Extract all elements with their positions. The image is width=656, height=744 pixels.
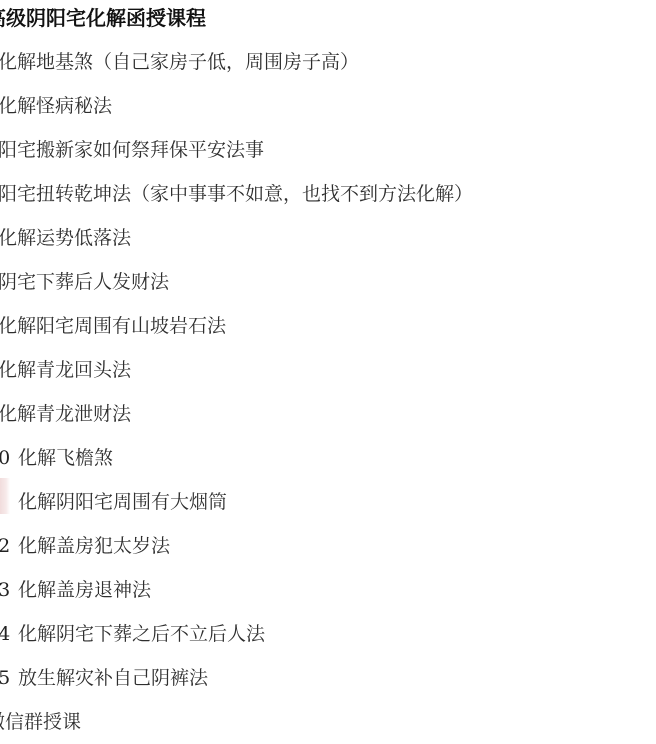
list-item: 12 化解盖房犯太岁法	[0, 532, 170, 560]
item-number: 10	[0, 444, 12, 472]
item-text: 微信群授课	[0, 711, 81, 733]
item-text: 化解阴阳宅周围有大烟筒	[18, 491, 227, 513]
item-text: 阳宅搬新家如何祭拜保平安法事	[0, 139, 264, 161]
list-item: 13 化解盖房退神法	[0, 576, 151, 604]
item-number: 13	[0, 576, 12, 604]
item-text: 放生解灾补自己阴裤法	[18, 667, 208, 689]
item-text: 化解青龙泄财法	[0, 403, 131, 425]
item-number: 15	[0, 664, 12, 692]
list-item: 阳宅扭转乾坤法（家中事事不如意，也找不到方法化解）	[0, 180, 473, 208]
item-text: 化解盖房犯太岁法	[18, 535, 170, 557]
item-text: 化解阳宅周围有山坡岩石法	[0, 315, 226, 337]
list-item: 化解运势低落法	[0, 224, 131, 252]
list-item: 化解怪病秘法	[0, 92, 112, 120]
list-item: 阴宅下葬后人发财法	[0, 268, 169, 296]
item-text: 化解地基煞（自己家房子低，周围房子高）	[0, 51, 359, 73]
list-item: 14 化解阴宅下葬之后不立后人法	[0, 620, 265, 648]
list-item: 化解青龙泄财法	[0, 400, 131, 428]
item-text: 化解盖房退神法	[18, 579, 151, 601]
list-item: 化解阳宅周围有山坡岩石法	[0, 312, 226, 340]
item-text: 化解阴宅下葬之后不立后人法	[18, 623, 265, 645]
list-item: 化解青龙回头法	[0, 356, 131, 384]
item-text: 化解青龙回头法	[0, 359, 131, 381]
item-text: 化解飞檐煞	[18, 447, 113, 469]
item-number: 11	[0, 488, 12, 516]
list-item: 15 放生解灾补自己阴裤法	[0, 664, 208, 692]
list-item: 阳宅搬新家如何祭拜保平安法事	[0, 136, 264, 164]
item-text: 化解怪病秘法	[0, 95, 112, 117]
item-text: 阳宅扭转乾坤法（家中事事不如意，也找不到方法化解）	[0, 183, 473, 205]
list-item: 10 化解飞檐煞	[0, 444, 113, 472]
list-item: 化解地基煞（自己家房子低，周围房子高）	[0, 48, 359, 76]
document-title: 高级阴阳宅化解函授课程	[0, 4, 206, 32]
item-text: 化解运势低落法	[0, 227, 131, 249]
list-item-footer: 微信群授课	[0, 708, 81, 736]
item-number: 14	[0, 620, 12, 648]
list-item: 11 化解阴阳宅周围有大烟筒	[0, 488, 227, 516]
item-number: 12	[0, 532, 12, 560]
item-text: 阴宅下葬后人发财法	[0, 271, 169, 293]
